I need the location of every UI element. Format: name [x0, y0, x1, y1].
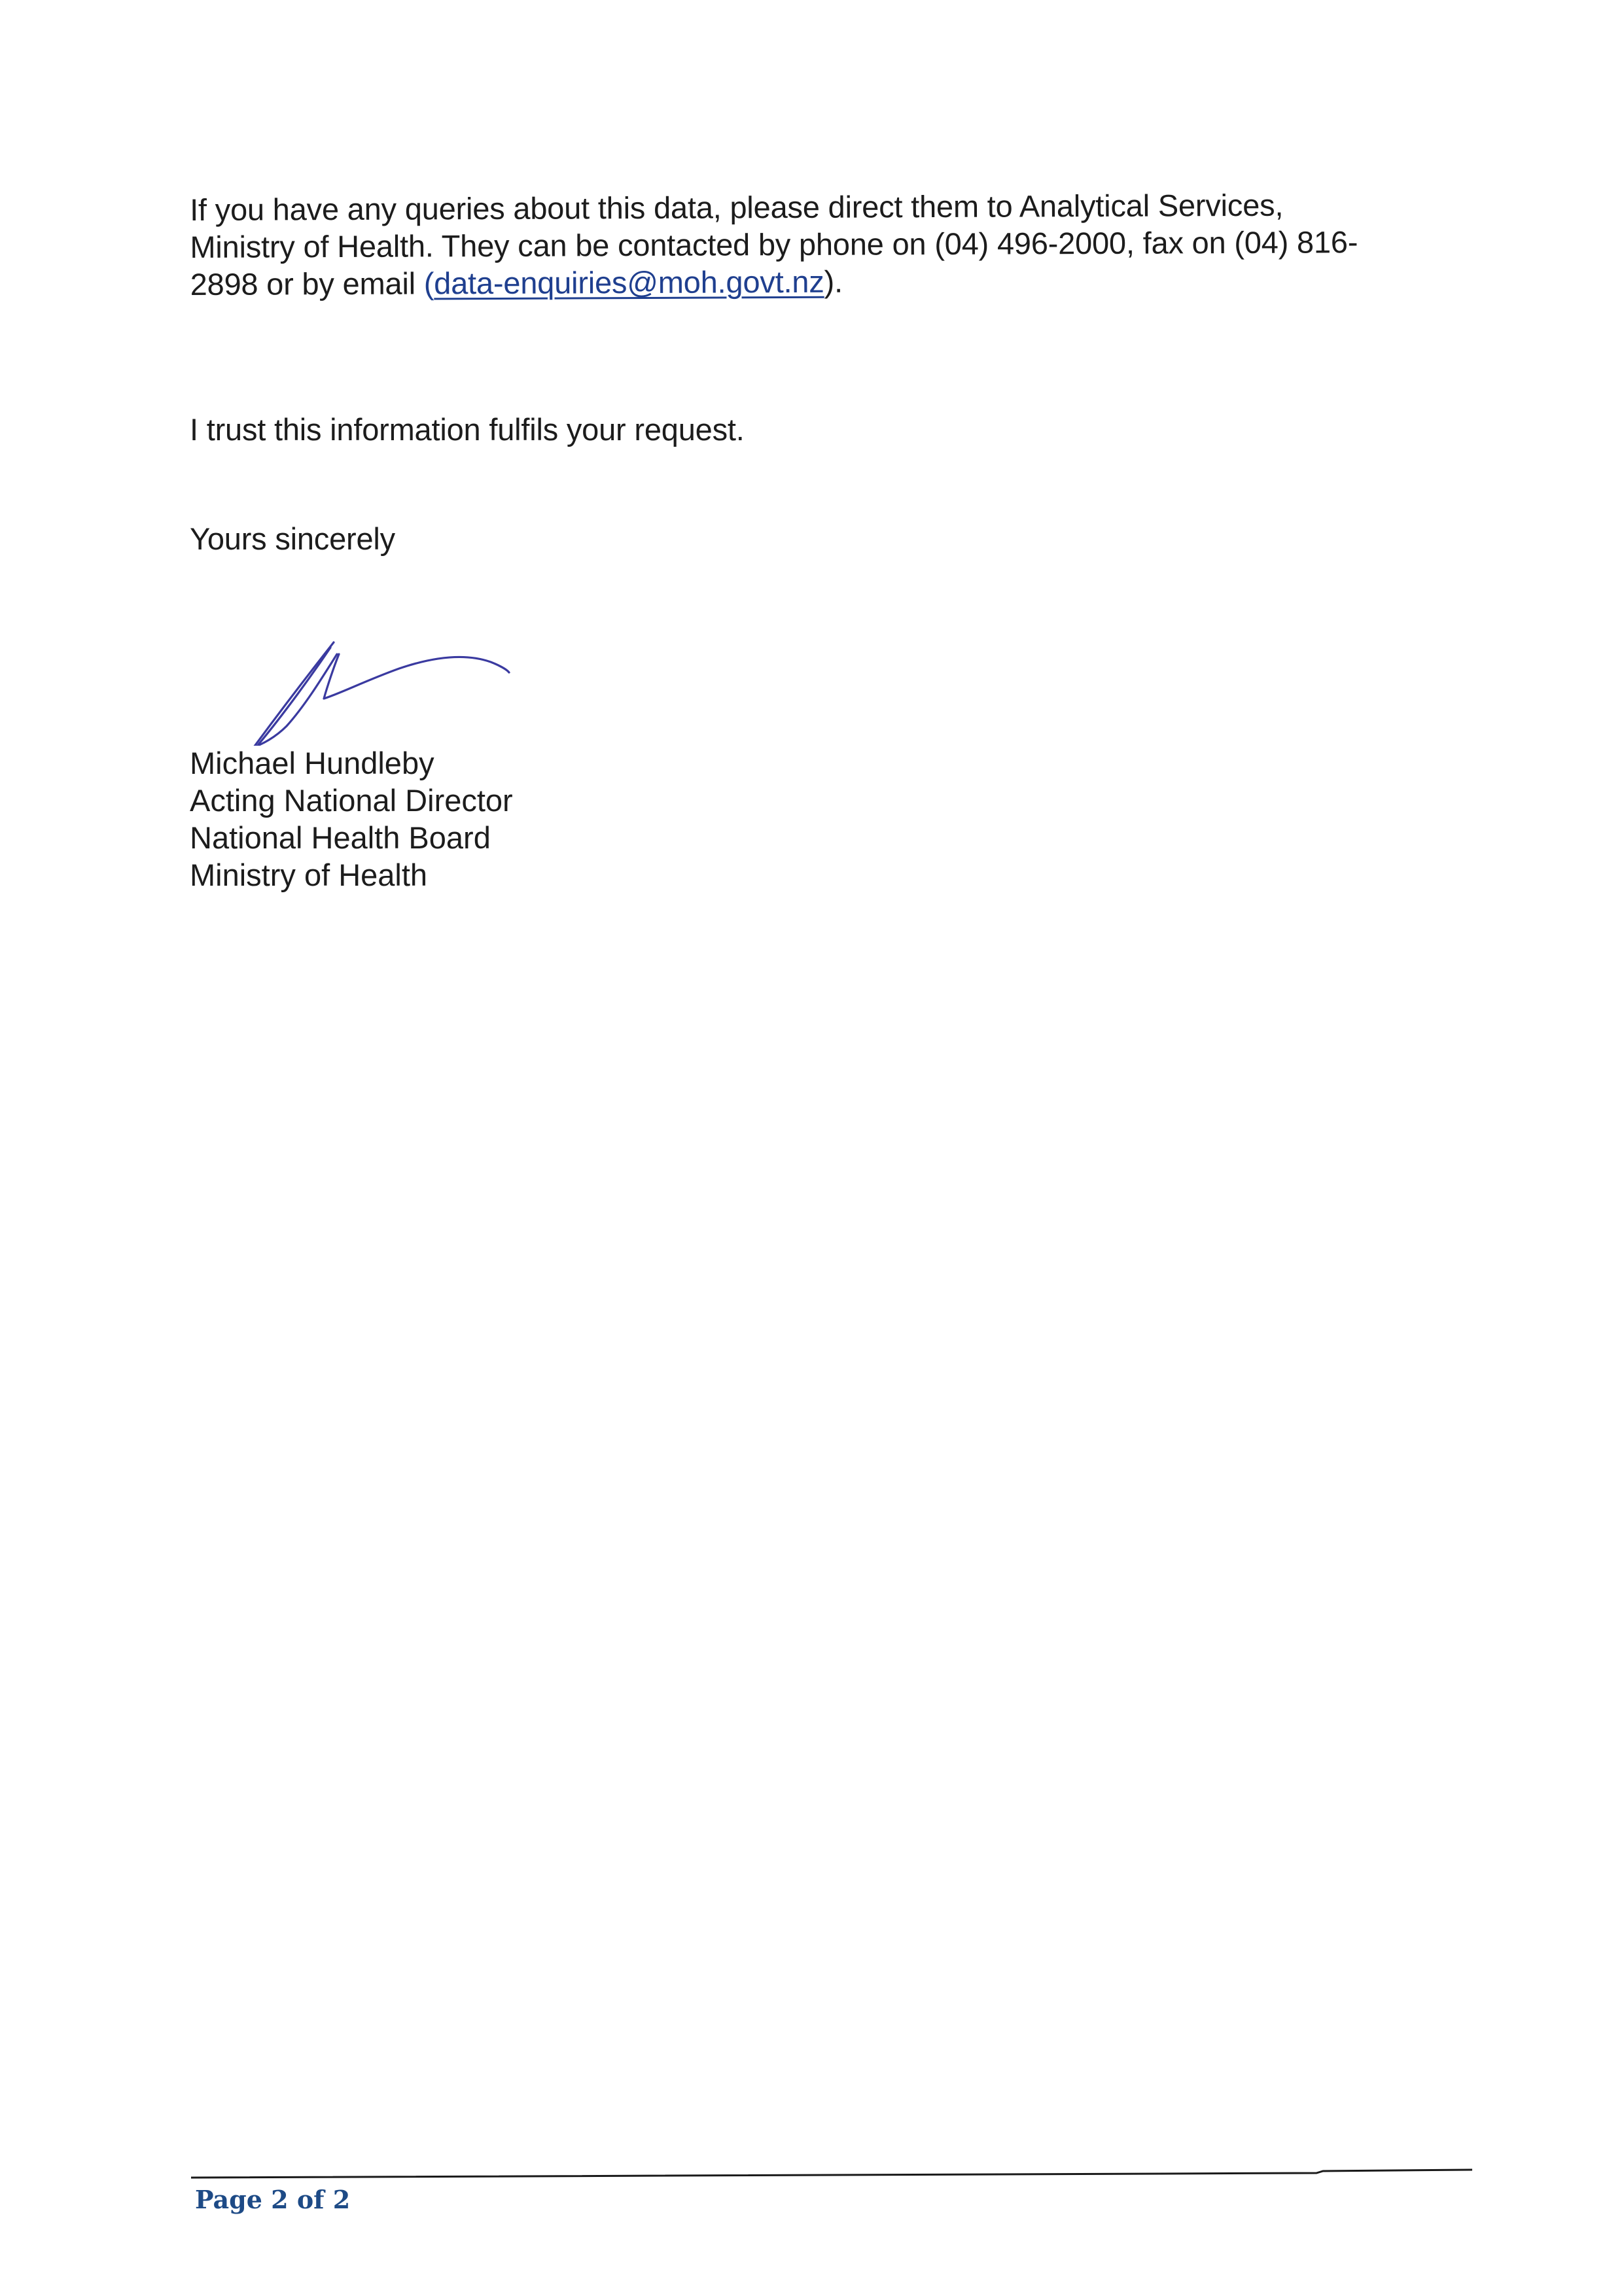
signatory-name: Michael Hundleby — [190, 744, 513, 782]
handwritten-signature-icon — [236, 628, 550, 746]
signatory-organisation: Ministry of Health — [190, 856, 513, 894]
queries-line-2: Ministry of Health. They can be contacte… — [190, 223, 1358, 266]
queries-line-3: 2898 or by email (data-enquiries@moh.gov… — [190, 260, 1358, 303]
footer-divider — [191, 2166, 1474, 2181]
closing-salutation: Yours sincerely — [190, 520, 395, 557]
queries-paragraph: If you have any queries about this data,… — [190, 186, 1358, 303]
letter-page: If you have any queries about this data,… — [0, 0, 1624, 2296]
queries-line-1: If you have any queries about this data,… — [190, 186, 1358, 228]
email-open-paren: ( — [424, 266, 434, 300]
queries-line-3-suffix: ). — [824, 264, 843, 299]
signatory-title: Acting National Director — [190, 782, 513, 819]
email-link[interactable]: data-enquiries@moh.govt.nz — [434, 264, 824, 301]
trust-paragraph: I trust this information fulfils your re… — [190, 411, 745, 448]
signatory-block: Michael Hundleby Acting National Directo… — [190, 744, 513, 894]
page-number: Page 2 of 2 — [195, 2185, 350, 2214]
signatory-division: National Health Board — [190, 819, 513, 856]
queries-line-3-prefix: 2898 or by email — [190, 266, 424, 302]
